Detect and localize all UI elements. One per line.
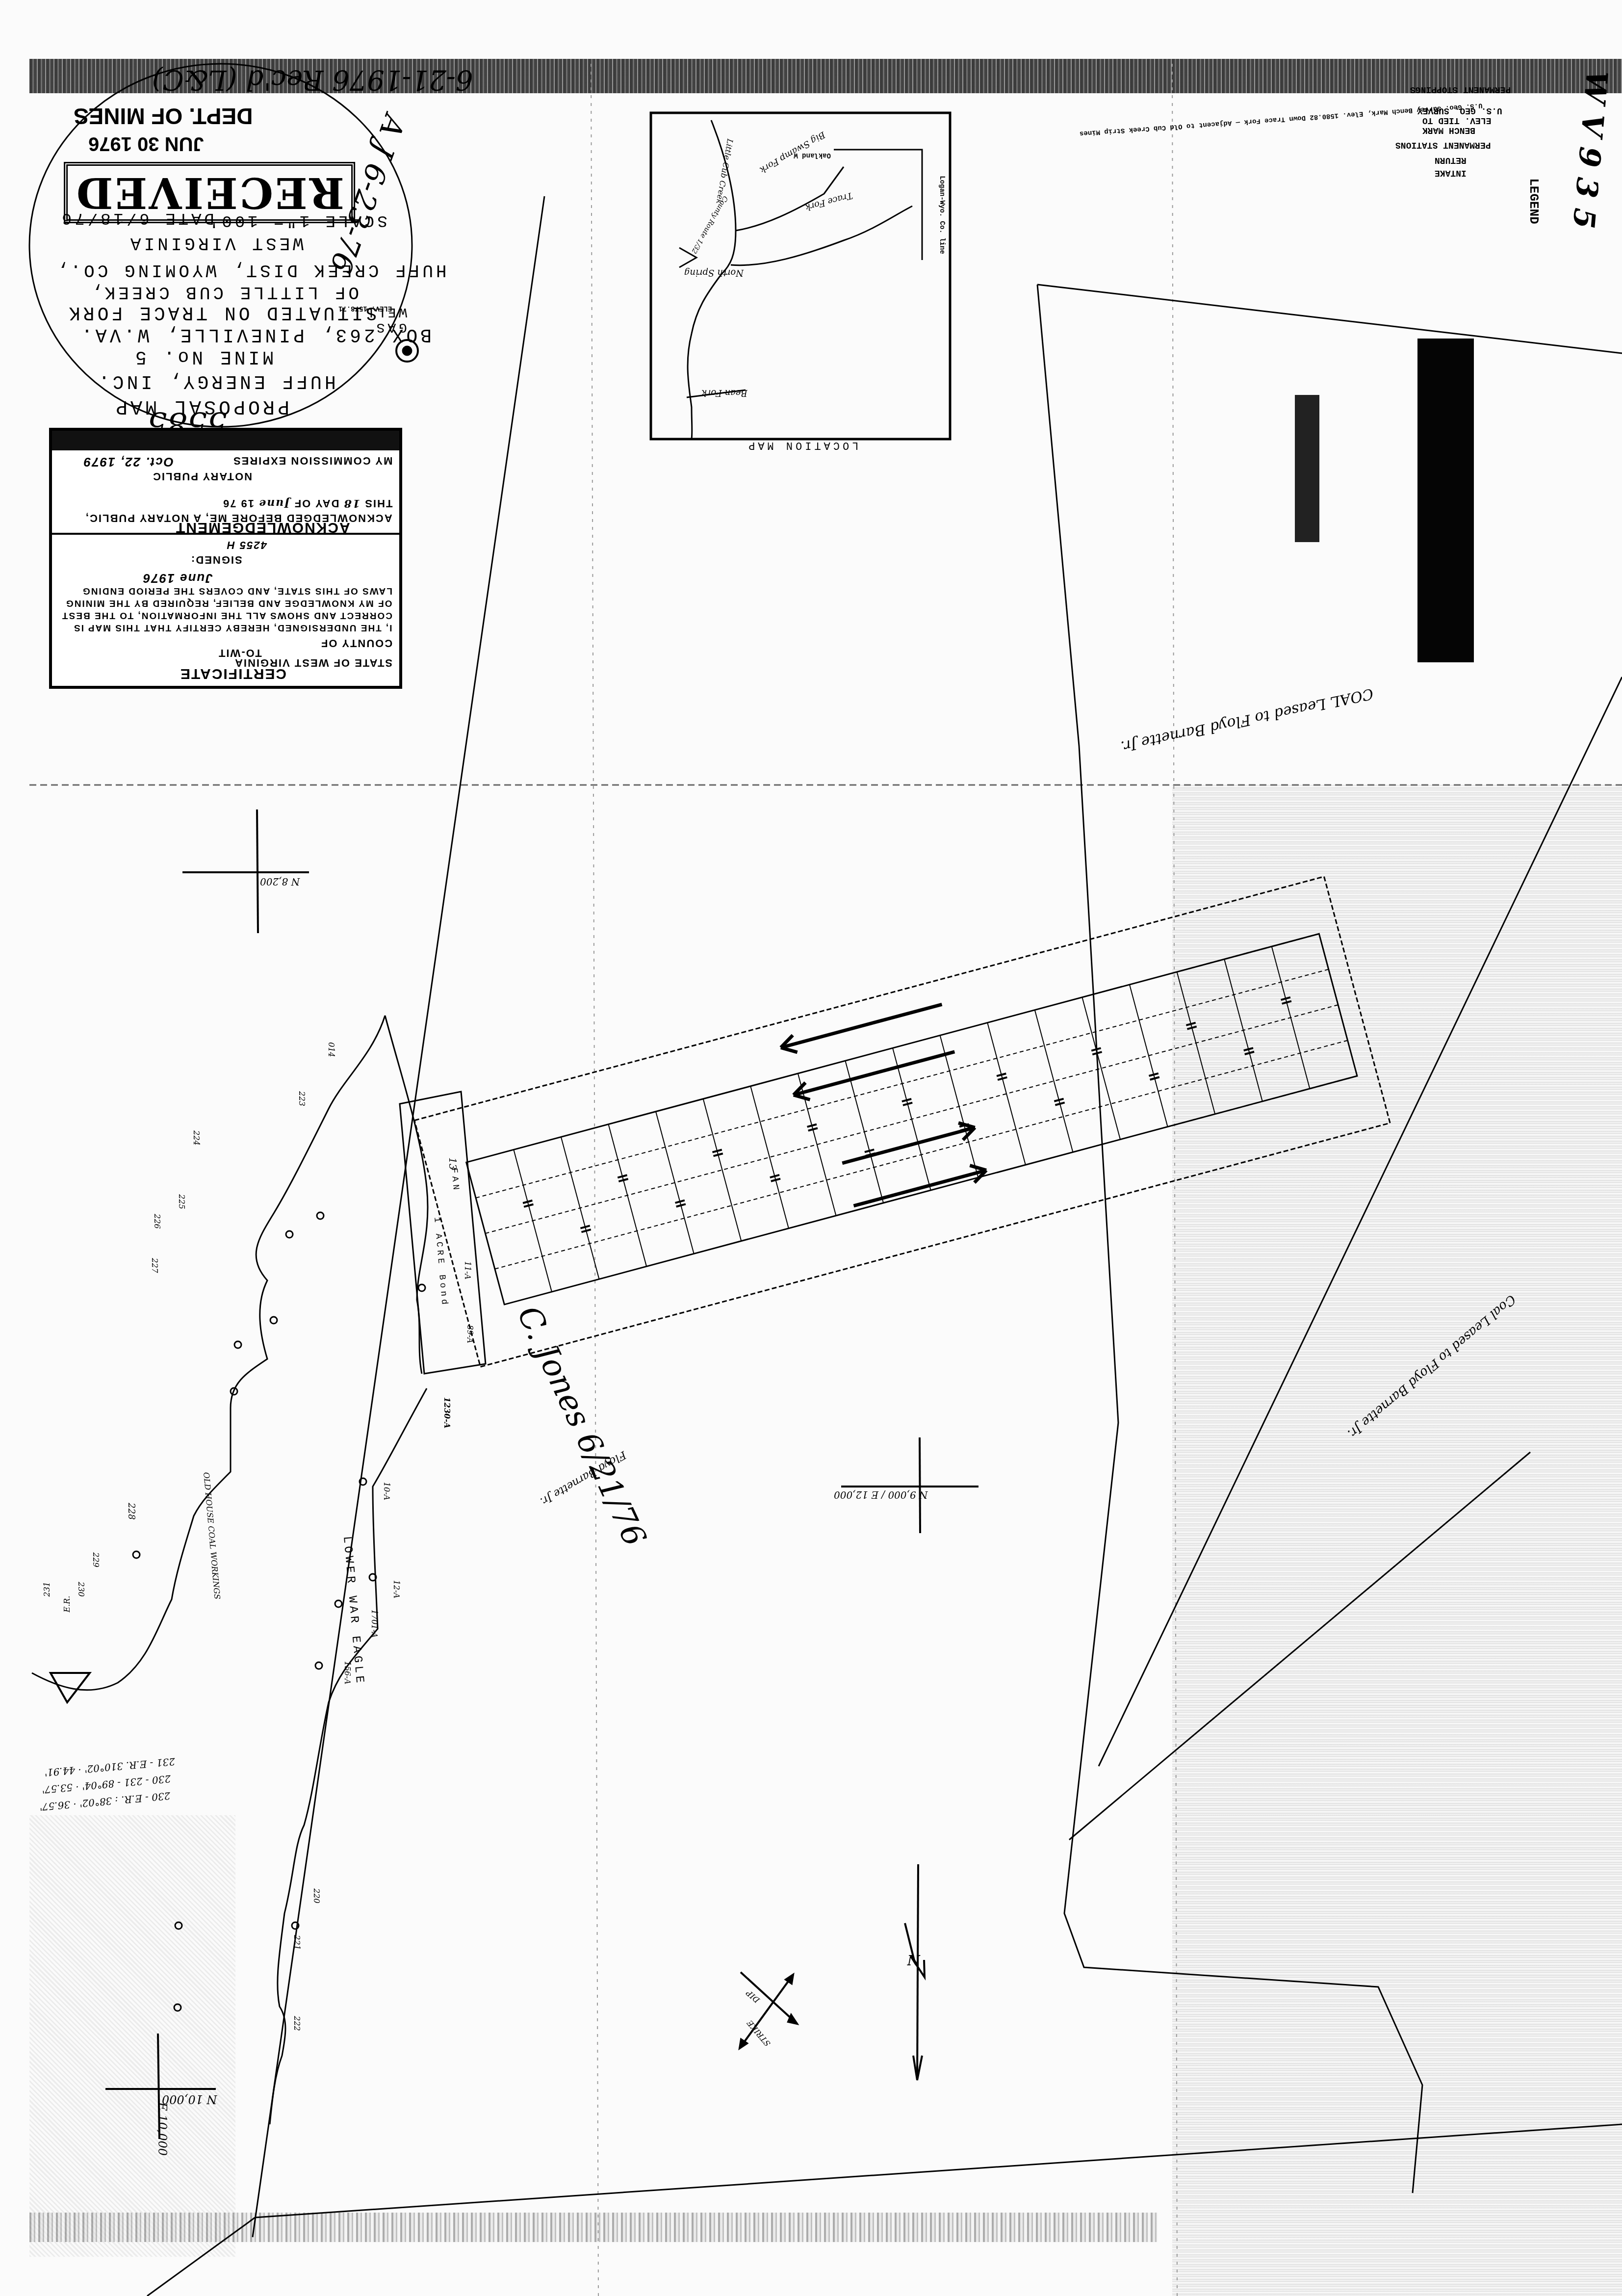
notary-label: NOTARY PUBLIC: [152, 470, 252, 483]
mine-workings: [414, 877, 1390, 1367]
north-arrow: [905, 1864, 925, 2080]
lease-diagonal-2: [1099, 677, 1622, 1766]
legend-elev-tied: ELEV. TIED TO: [1422, 115, 1491, 125]
legend-title: LEGEND: [1526, 178, 1541, 224]
loc-label-north-spring: North Spring: [684, 267, 744, 278]
station-230: 230: [77, 1582, 86, 1597]
station-224: 224: [192, 1130, 201, 1146]
legend-stoppings: PERMANENT STOPPINGS: [1410, 84, 1511, 94]
certificate-body-2: CORRECT AND SHOWS ALL THE INFORMATION, T…: [61, 610, 392, 621]
stamp-date: JUN 30 1976: [88, 132, 204, 155]
title-scale: SCALE 1"= 100': [206, 211, 387, 230]
title-district: HUFF CREEK DIST, WYOMING CO.,: [54, 260, 447, 280]
period-ending: June 1976: [142, 571, 213, 586]
header-annotation: 6-21-1976 Rec'd (L&C): [152, 64, 473, 96]
station-225: 225: [177, 1194, 186, 1209]
station-229: 229: [91, 1552, 101, 1567]
permit-boundary: [414, 877, 1390, 1367]
signer-number: 4255 H: [226, 539, 267, 551]
grid-label-n8200: N 8,200: [260, 876, 300, 887]
loc-label-county-line: Logan-Wyo. Co. line: [938, 176, 946, 254]
station-220: 220: [312, 1888, 321, 1904]
title-state: WEST VIRGINIA: [128, 233, 304, 253]
station-12A: 12-A: [392, 1580, 401, 1598]
gas-well-elevation: ELEV. 1578.71: [338, 304, 392, 312]
fold-line-vertical-1: [591, 64, 598, 2296]
station-1701A: 1701-A: [370, 1610, 379, 1638]
title-date: DATE 6/18/76: [59, 209, 214, 227]
station-221: 221: [292, 1935, 302, 1950]
station-13: 13: [447, 1157, 459, 1170]
fan-label: FAN: [449, 1168, 461, 1193]
lease-diagonal-1: [1069, 1452, 1530, 1840]
certificate-top-bar: [52, 431, 399, 450]
north-arrow-label: N: [907, 1953, 920, 1969]
scan-block-large: [1417, 339, 1474, 662]
loc-label-bean-fork: Bean Fork: [701, 388, 747, 398]
loc-label-oakland: Oakland W.: [790, 151, 831, 159]
grid-label-n10000: N 10,000: [162, 2092, 217, 2106]
grid-label-e10000: E 10,000: [155, 2102, 169, 2156]
lease-line-top: [1037, 285, 1622, 353]
title-creek: OF LITTLE CUB CREEK,: [88, 282, 359, 302]
station-226: 226: [153, 1214, 162, 1229]
signed-label: SIGNED:: [190, 553, 242, 566]
station-231: 231: [42, 1582, 51, 1597]
commission-date: Oct. 22, 1979: [83, 454, 174, 470]
title-company: HUFF ENERGY, INC.: [96, 370, 336, 391]
ack-date-line: THIS 18 DAY OF June 19 76: [222, 497, 392, 510]
grid-ticks: [105, 809, 978, 2139]
certificate-body-4: LAWS OF THIS STATE, AND COVERS THE PERIO…: [82, 585, 392, 596]
station-228: 228: [126, 1503, 136, 1519]
ack-heading: ACKNOWLEDGEMENT: [175, 519, 350, 536]
title-mine: MINE No. 5: [132, 346, 274, 367]
dip-strike-arrows: [740, 1972, 797, 2048]
station-10A: 10-A: [382, 1482, 391, 1500]
title-situated: SITUATED ON TRACE FORK: [66, 302, 377, 323]
station-89A: 89-A: [465, 1325, 475, 1343]
grid-label-n9000: N 9,000 / E 12,000: [834, 1489, 928, 1501]
fold-line-vertical-2: [1172, 64, 1177, 2296]
legend-bench-mark: BENCH MARK: [1422, 125, 1475, 135]
scan-block-small: [1295, 395, 1319, 542]
commission-label: MY COMMISSION EXPIRES: [232, 454, 392, 467]
station-227: 227: [150, 1258, 159, 1273]
station-223: 223: [297, 1091, 307, 1106]
map-sheet: 6-21-1976 Rec'd (L&C) DEPT. OF MINES JUN…: [0, 0, 1622, 2296]
location-map-title: LOCATION MAP: [746, 439, 858, 451]
station-222: 222: [292, 2016, 302, 2031]
lease-boundary: [1037, 285, 1422, 2193]
stamp-agency: DEPT. OF MINES: [74, 103, 253, 130]
station-1230A: 1230-A: [442, 1397, 452, 1429]
legend-permanent-stations: PERMANENT STATIONS: [1395, 140, 1491, 150]
certificate-box: MY COMMISSION EXPIRES Oct. 22, 1979 NOTA…: [49, 428, 402, 689]
certificate-heading: CERTIFICATE: [180, 665, 286, 682]
legend-intake: INTAKE: [1435, 168, 1467, 178]
station-014: 014: [327, 1042, 336, 1057]
certificate-body-1: I, THE UNDERSIGNED, HEREBY CERTIFY THAT …: [73, 622, 392, 633]
legend-return: RETURN: [1435, 155, 1467, 165]
station-156A: 156-A: [343, 1661, 352, 1685]
station-11A: 11-A: [463, 1261, 472, 1279]
county-label: COUNTY OF: [320, 637, 392, 650]
baseline-corner: [147, 2218, 255, 2296]
certificate-body-3: OF MY KNOWLEDGE AND BELIEF, REQUIRED BY …: [65, 598, 392, 608]
outcrop-return: [385, 1016, 428, 1374]
station-ER: E.R.: [62, 1596, 72, 1613]
airflow-arrows: [778, 996, 988, 1222]
baseline-bottom: [255, 2124, 1622, 2218]
lower-war-eagle-outcrop: [270, 1388, 427, 2124]
